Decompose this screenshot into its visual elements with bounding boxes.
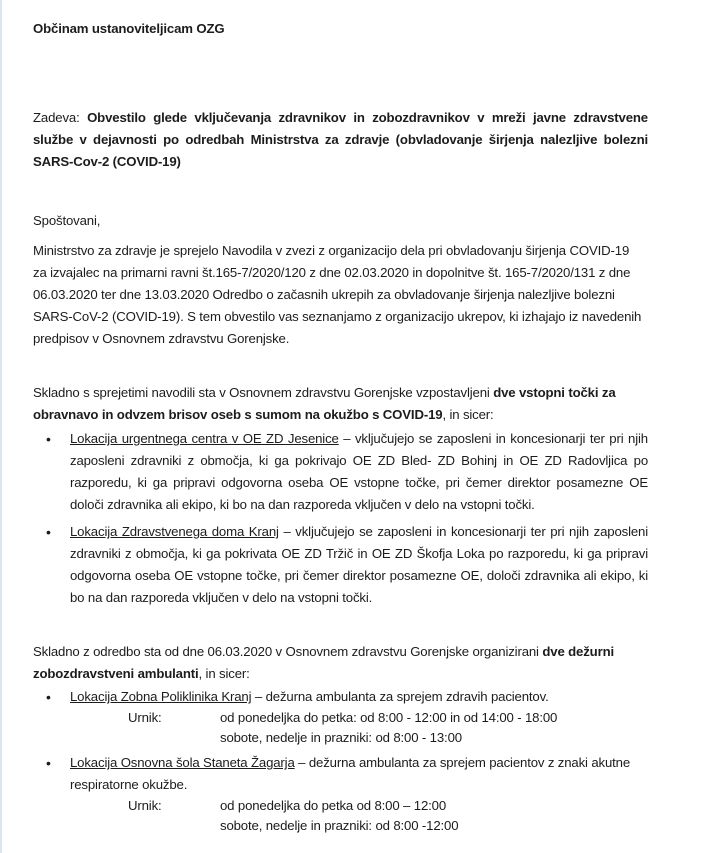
schedule-value: sobote, nedelje in prazniki: od 8:00 -12… [220, 816, 458, 836]
list-item: • Lokacija urgentnega centra v OE ZD Jes… [33, 428, 648, 516]
schedule-label: Urnik: [128, 708, 162, 728]
location-name: Lokacija urgentnega centra v OE ZD Jesen… [70, 431, 339, 446]
location-name: Lokacija Zdravstvenega doma Kranj [70, 524, 279, 539]
schedule-row: Urnik: od ponedeljka do petka od 8:00 – … [33, 796, 648, 816]
list-item: • Lokacija Zdravstvenega doma Kranj – vk… [33, 521, 648, 609]
paragraph-text: Skladno s sprejetimi navodili sta v Osno… [33, 385, 493, 400]
schedule-value: od ponedeljka do petka od 8:00 – 12:00 [220, 796, 446, 816]
subject-line: Zadeva: Obvestilo glede vključevanja zdr… [33, 107, 648, 173]
bullet-icon: • [46, 521, 51, 543]
schedule-value: sobote, nedelje in prazniki: od 8:00 - 1… [220, 728, 462, 748]
paragraph-text: Skladno z odredbo sta od dne 06.03.2020 … [33, 644, 542, 659]
schedule-row: sobote, nedelje in prazniki: od 8:00 - 1… [33, 728, 648, 748]
list-item: • Lokacija Osnovna šola Staneta Žagarja … [33, 752, 648, 796]
paragraph-text: , in sicer: [442, 407, 493, 422]
location-name: Lokacija Osnovna šola Staneta Žagarja [70, 755, 295, 770]
page-edge [0, 0, 2, 853]
dental-clinic-list: • Lokacija Osnovna šola Staneta Žagarja … [33, 752, 648, 836]
schedule-label: Urnik: [128, 796, 162, 816]
dental-clinics-paragraph: Skladno z odredbo sta od dne 06.03.2020 … [33, 641, 648, 685]
intro-paragraph: Ministrstvo za zdravje je sprejelo Navod… [33, 240, 643, 350]
paragraph-text: , in sicer: [199, 666, 250, 681]
addressee: Občinam ustanoviteljicam OZG [33, 18, 224, 40]
subject-text: Obvestilo glede vključevanja zdravnikov … [33, 110, 648, 169]
entry-point-list: • Lokacija urgentnega centra v OE ZD Jes… [33, 428, 648, 516]
schedule-value: od ponedeljka do petka: od 8:00 - 12:00 … [220, 708, 557, 728]
schedule-row: Urnik: od ponedeljka do petka: od 8:00 -… [33, 708, 648, 728]
location-description: – dežurna ambulanta za sprejem zdravih p… [251, 689, 548, 704]
location-name: Lokacija Zobna Poliklinika Kranj [70, 689, 251, 704]
bullet-icon: • [46, 428, 51, 450]
schedule-row: sobote, nedelje in prazniki: od 8:00 -12… [33, 816, 648, 836]
entry-point-list: • Lokacija Zdravstvenega doma Kranj – vk… [33, 521, 648, 609]
subject-label: Zadeva: [33, 110, 80, 125]
bullet-icon: • [46, 752, 51, 774]
dental-clinic-list: • Lokacija Zobna Poliklinika Kranj – dež… [33, 686, 648, 748]
list-item: • Lokacija Zobna Poliklinika Kranj – dež… [33, 686, 648, 708]
entry-points-paragraph: Skladno s sprejetimi navodili sta v Osno… [33, 382, 648, 426]
bullet-icon: • [46, 686, 51, 708]
greeting: Spoštovani, [33, 210, 100, 232]
